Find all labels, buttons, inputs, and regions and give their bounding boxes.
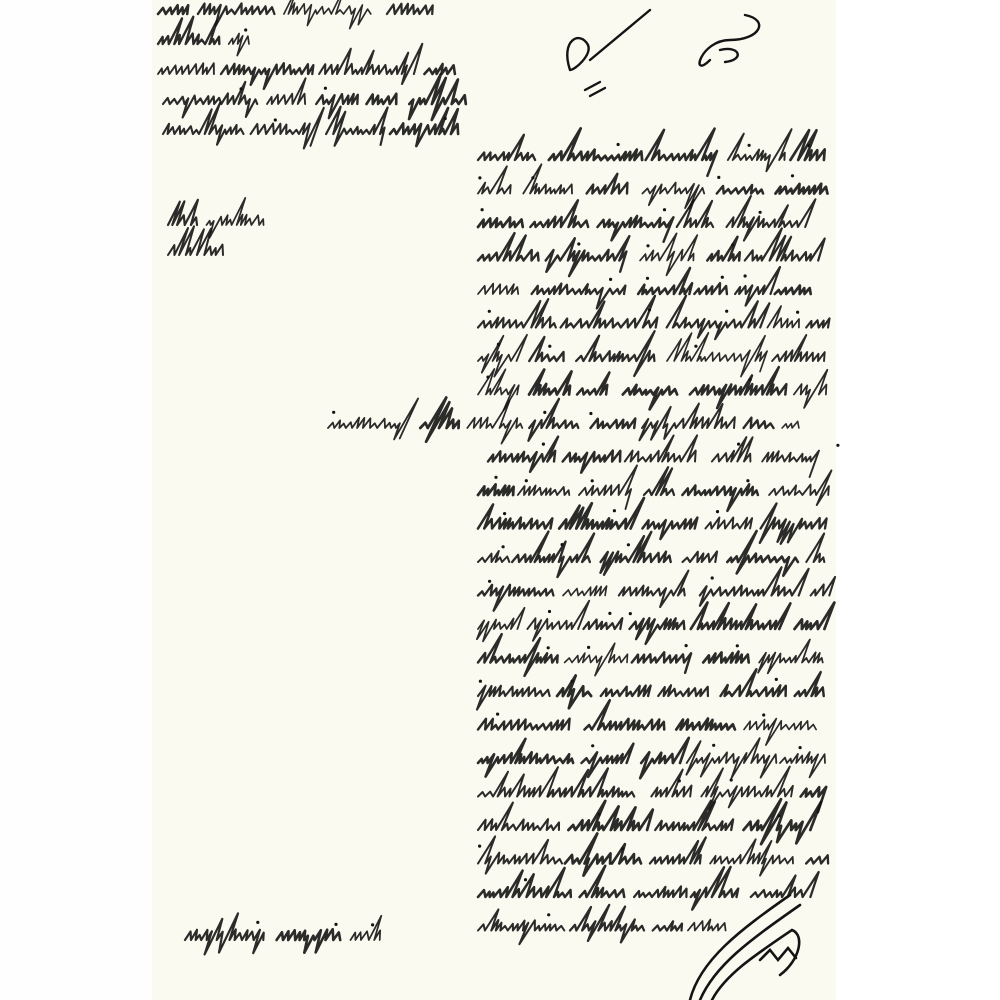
handwritten-line: [illegible line 2] — [478, 164, 827, 208]
handwritten-line: [illegible] Ban [illegible] — [163, 74, 466, 120]
handwritten-line: [illegible line 3] — [478, 196, 815, 242]
heading-mark: [illegible initials] — [567, 10, 759, 96]
handwritten-line: [illegible line 8] — [478, 367, 827, 410]
handwritten-line: [illegible line 7] — [478, 331, 825, 376]
handwritten-line: [illegible] — [168, 226, 223, 255]
handwritten-line: [illegible signature-like word] — [185, 913, 381, 954]
handwritten-line: [illegible line 18] — [478, 700, 816, 745]
handwritten-line: [illegible line 14] — [478, 567, 835, 610]
handwritten-line: [illegible line 21] — [478, 799, 821, 844]
handwritten-line: [illegible] — [158, 17, 249, 56]
handwritten-line: comm[illegible] [illegible] — [328, 398, 799, 444]
handwritten-line: [illegible line 13] — [478, 531, 824, 577]
handwritten-line: [illegible line 5] — [478, 267, 811, 308]
handwritten-line: [illegible line 15] — [477, 601, 835, 644]
handwritten-line: [illegible line 16] — [478, 634, 823, 676]
handwritten-line: [illegible] — [168, 198, 264, 238]
handwritten-line: [illegible line 20] — [478, 767, 826, 813]
handwritten-line: [illegible] 1710 — [478, 905, 726, 944]
handwriting-layer: [illegible] ohe [illegible][illegible][i… — [0, 0, 1000, 1000]
signature-flourish: [illegible signature] — [690, 895, 800, 1000]
handwritten-line: [illegible line 1] — [478, 128, 825, 175]
handwritten-line: [illegible line 19] — [478, 738, 825, 778]
handwritten-line: [illegible line 10] — [488, 435, 840, 477]
main-text-block: [illegible line 1][illegible line 2][ill… — [328, 128, 840, 944]
handwritten-line: [illegible line 17] — [477, 669, 824, 709]
left-margin-notes: [illegible] ohe [illegible][illegible][i… — [158, 0, 466, 954]
handwritten-line: [illegible line 23] — [478, 866, 819, 910]
handwritten-line: [illegible line 22] — [478, 834, 828, 876]
handwritten-line: [illegible line 4] — [478, 228, 825, 276]
handwritten-line: [illegible] in [illegible] — [158, 44, 455, 89]
handwritten-line: [illegible] ohe [illegible] — [158, 0, 433, 29]
handwritten-line: [illegible line 12] — [478, 498, 827, 544]
